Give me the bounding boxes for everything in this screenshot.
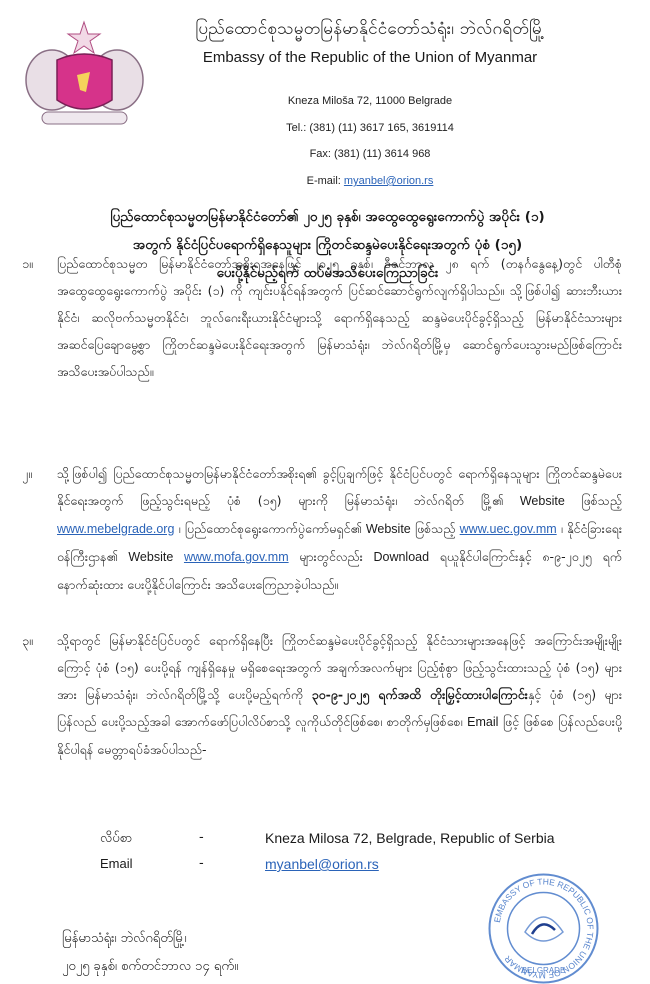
paragraph-text: ၊ ပြည်ထောင်စုရွေးကောက်ပွဲကော်မရှင်၏ bbox=[174, 521, 365, 536]
paragraph-text: ဖြစ်သည့် bbox=[411, 521, 460, 536]
state-emblem bbox=[22, 20, 147, 135]
paragraph-number: ၁။ bbox=[22, 250, 33, 277]
embassy-email-line: E-mail: myanbel@orion.rs bbox=[150, 175, 590, 187]
paragraph-text: များတွင်လည်း bbox=[289, 549, 374, 564]
contact-label: လိပ်စာ bbox=[100, 830, 180, 849]
paragraph-1: ၁။ ပြည်ထောင်စုသမ္မတ မြန်မာနိုင်ငံတော်အစိ… bbox=[57, 250, 622, 385]
email-label: E-mail: bbox=[307, 175, 344, 187]
extended-deadline: ၃၀-၉-၂၀၂၅ ရက်အထိ တိုးမြှင့်ထားပါကြောင်း bbox=[312, 687, 528, 702]
embassy-seal-stamp: EMBASSY OF THE REPUBLIC OF THE UNION OF … bbox=[487, 872, 600, 984]
website-word: Website bbox=[366, 522, 411, 536]
embassy-name-english: Embassy of the Republic of the Union of … bbox=[150, 49, 590, 66]
website-word: Website bbox=[128, 550, 173, 564]
link-uec[interactable]: www.uec.gov.mm bbox=[460, 522, 557, 536]
embassy-name-myanmar: ပြည်ထောင်စုသမ္မတမြန်မာနိုင်ငံတော်သံရုံး၊… bbox=[150, 18, 590, 43]
contact-separator: - bbox=[199, 856, 204, 871]
paragraph-text: ဖြစ်သည့် bbox=[565, 493, 622, 508]
embassy-telephone: Tel.: (381) (11) 3617 165, 3619114 bbox=[150, 122, 590, 134]
embassy-fax: Fax: (381) (11) 3614 968 bbox=[150, 148, 590, 160]
contact-separator: - bbox=[199, 830, 204, 845]
paragraph-number: ၂။ bbox=[22, 460, 32, 487]
paragraph-2: ၂။ သို့ဖြစ်ပါ၍ ပြည်ထောင်စုသမ္မတမြန်မာနို… bbox=[57, 460, 622, 598]
contact-address-value: Kneza Milosa 72, Belgrade, Republic of S… bbox=[265, 830, 555, 846]
link-mebelgrade[interactable]: www.mebelgrade.org bbox=[57, 522, 174, 536]
link-mofa[interactable]: www.mofa.gov.mm bbox=[184, 550, 289, 564]
contact-label: Email bbox=[100, 856, 180, 871]
paragraph-number: ၃။ bbox=[22, 627, 33, 654]
embassy-address: Kneza Miloša 72, 11000 Belgrade bbox=[150, 95, 590, 107]
download-word: Download bbox=[373, 550, 429, 564]
contact-email-link[interactable]: myanbel@orion.rs bbox=[265, 856, 379, 872]
email-word: Email bbox=[467, 715, 498, 729]
website-word: Website bbox=[520, 494, 565, 508]
notice-title-line-1: ပြည်ထောင်စုသမ္မတမြန်မာနိုင်ငံတော်၏ ၂၀၂၅ … bbox=[40, 203, 615, 231]
svg-text:BELGRADE: BELGRADE bbox=[522, 966, 566, 975]
paragraph-text: ပြည်ထောင်စုသမ္မတ မြန်မာနိုင်ငံတော်အစိုးရ… bbox=[57, 256, 622, 379]
email-link[interactable]: myanbel@orion.rs bbox=[344, 175, 433, 187]
signature-office: မြန်မာသံရုံး၊ ဘဲလ်ဂရိတ်မြို့၊ bbox=[62, 930, 187, 949]
signature-date: ၂၀၂၅ ခုနှစ်၊ စက်တင်ဘာလ ၁၄ ရက်။ bbox=[62, 958, 238, 977]
paragraph-3: ၃။ သို့ရာတွင် မြန်မာနိုင်ငံပြင်ပတွင် ရော… bbox=[57, 627, 622, 763]
